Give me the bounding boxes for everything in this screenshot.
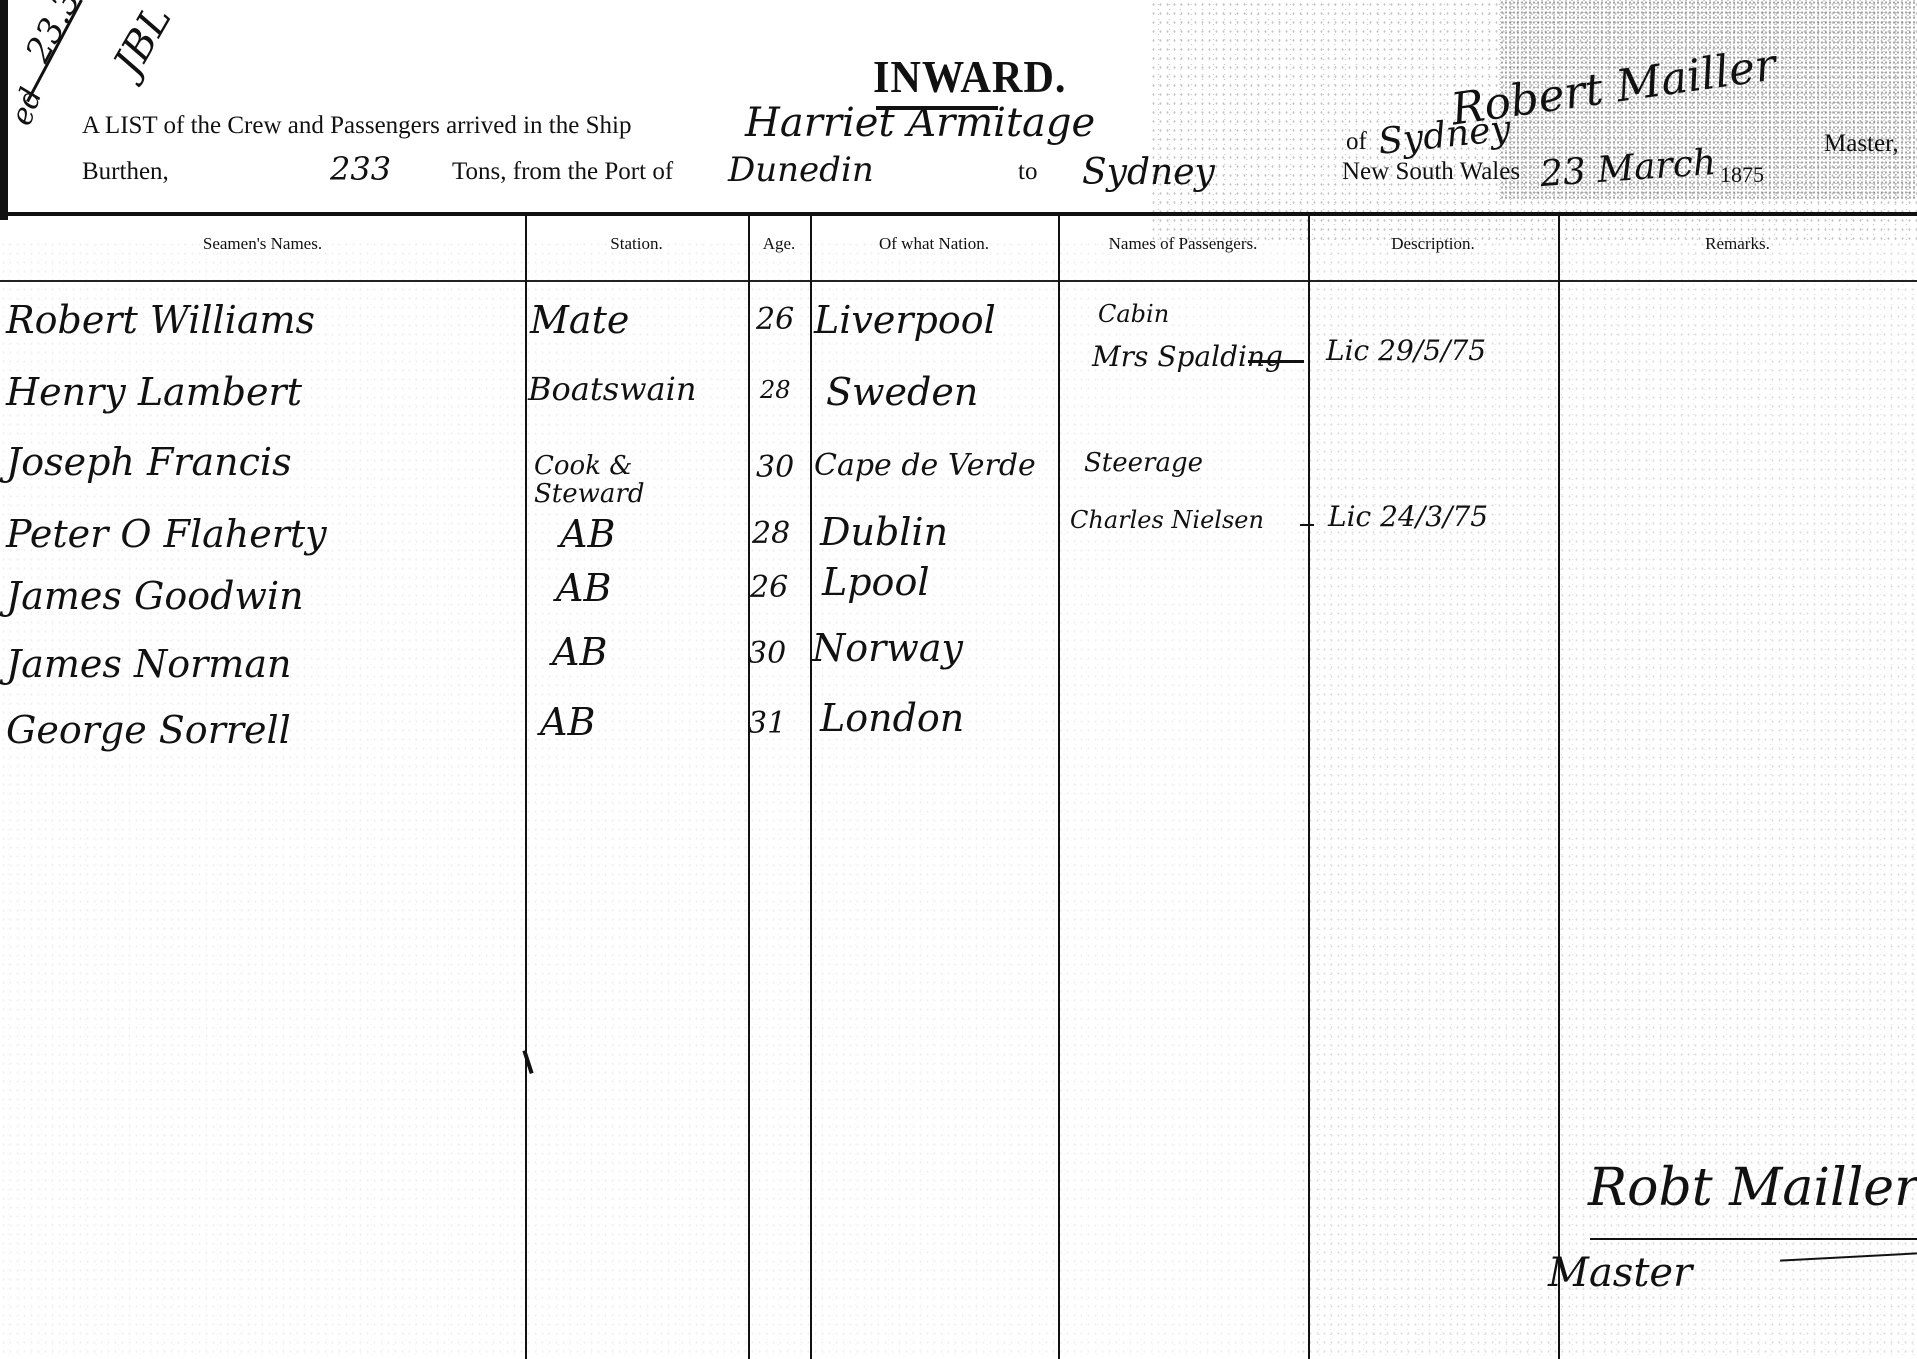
col-divider-remarks [1558,214,1560,1359]
document-title: INWARD. [873,50,1066,103]
seaman-age: 28 [760,376,791,404]
seaman-nation: Cape de Verde [814,448,1036,483]
to-port: Sydney [1082,152,1215,193]
seaman-name: James Goodwin [6,574,304,618]
col-divider-age [748,214,750,1359]
passenger-description: Lic 24/3/75 [1328,500,1488,533]
signature-rule [1590,1238,1917,1240]
signature-flourish [1780,1252,1917,1261]
col-header-seamen: Seamen's Names. [0,234,525,254]
corner-side-mark: ed [4,83,50,130]
seaman-age: 30 [756,450,794,485]
master-name: Robert Mailler [1448,39,1779,135]
passenger-name: Mrs Spalding [1092,340,1283,373]
region-label: New South Wales [1342,158,1520,186]
col-divider-passengers [1058,214,1060,1359]
of-label: of [1346,128,1367,156]
col-header-nation: Of what Nation. [810,234,1058,254]
seaman-nation: Lpool [822,560,929,604]
col-header-station: Station. [525,234,748,254]
seaman-name: George Sorrell [6,708,291,752]
seaman-station: AB [552,630,607,674]
ditto-dash [1248,360,1304,363]
passenger-name: Charles Nielsen [1070,506,1264,534]
seaman-nation: London [820,696,964,740]
tons-label: Tons, from the Port of [452,158,673,186]
master-signature: Robt Mailler [1588,1158,1917,1218]
seaman-name: James Norman [6,642,291,686]
corner-date-note: 23.3. [18,0,94,69]
manifest-page: 23.3. JBL ed INWARD. A LIST of the Crew … [0,0,1917,1359]
seaman-age: 30 [748,636,786,671]
seaman-name: Henry Lambert [6,370,302,414]
col-divider-description [1308,214,1310,1359]
tons-value: 233 [330,150,391,188]
seaman-station: Boatswain [528,370,696,408]
master-label: Master, [1824,130,1899,158]
col-header-description: Description. [1308,234,1558,254]
table-header-rule [0,280,1917,282]
col-divider-station [525,214,527,1359]
arrival-date: 23 March [1539,142,1718,195]
col-divider-nation [810,214,812,1359]
seaman-station: Mate [530,298,629,342]
col-header-age: Age. [748,234,810,254]
seaman-nation: Norway [812,626,963,670]
seaman-station: AB [560,512,615,556]
passenger-description: Lic 29/5/75 [1326,334,1486,367]
seaman-age: 28 [752,516,790,551]
arrival-year: 1875 [1720,162,1764,188]
signature-role: Master [1548,1250,1692,1296]
seaman-station: AB [556,566,611,610]
seaman-name: Peter O Flaherty [6,512,327,556]
passenger-class: Cabin [1098,300,1169,328]
passenger-class: Steerage [1084,448,1203,478]
header-prefix: A LIST of the Crew and Passengers arrive… [82,112,631,140]
col-header-remarks: Remarks. [1558,234,1917,254]
corner-initials: JBL [105,0,181,83]
from-port: Dunedin [728,150,874,190]
col-header-passengers: Names of Passengers. [1058,234,1308,254]
seaman-age: 26 [756,302,794,337]
seaman-station: Cook & Steward [534,452,724,508]
to-label: to [1018,158,1037,186]
ditto-dash [1300,524,1314,526]
burthen-label: Burthen, [82,158,169,186]
table-top-rule [0,212,1917,216]
seaman-nation: Liverpool [814,298,996,342]
seaman-age: 31 [748,706,786,741]
seaman-station: AB [540,700,595,744]
ship-name: Harriet Armitage [745,100,1095,146]
seaman-age: 26 [750,570,788,605]
seaman-name: Joseph Francis [6,440,292,484]
seaman-nation: Sweden [826,370,978,414]
seaman-nation: Dublin [820,510,948,554]
seaman-name: Robert Williams [6,298,315,342]
